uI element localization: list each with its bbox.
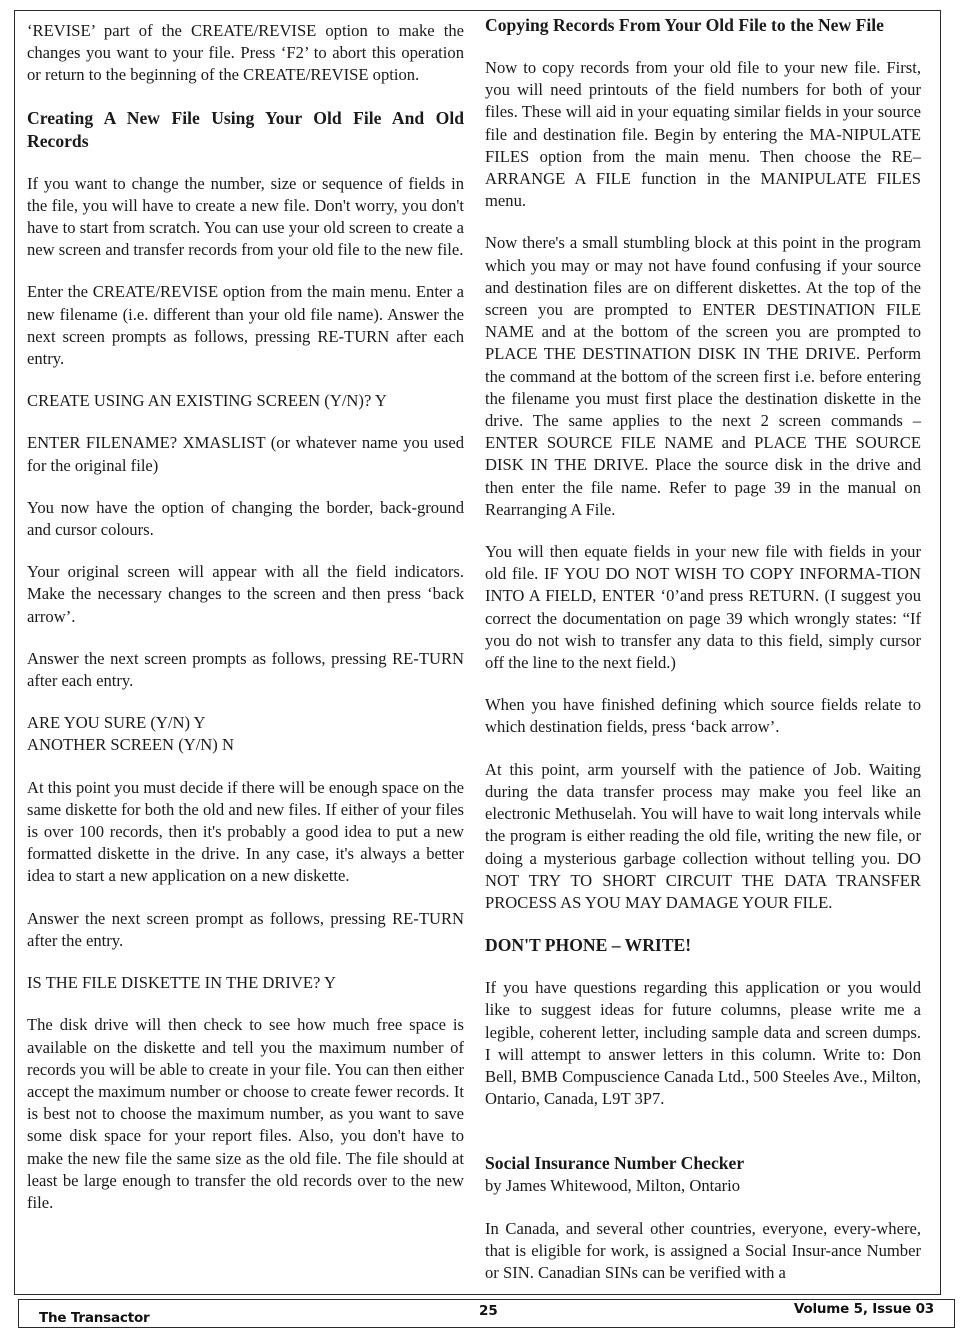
- body-paragraph: Answer the next screen prompt as follows…: [27, 908, 464, 952]
- prompt-list: ARE YOU SURE (Y/N) Y ANOTHER SCREEN (Y/N…: [27, 712, 464, 756]
- body-paragraph: Answer the next screen prompts as follow…: [27, 648, 464, 692]
- body-paragraph: Now to copy records from your old file t…: [485, 57, 921, 212]
- body-paragraph: Now there's a small stumbling block at t…: [485, 232, 921, 521]
- body-paragraph: Your original screen will appear with al…: [27, 561, 464, 628]
- section-heading-sin-checker: Social Insurance Number Checker: [485, 1152, 921, 1175]
- page-number: 25: [479, 1303, 498, 1319]
- section-heading-dont-phone: DON'T PHONE – WRITE!: [485, 934, 921, 957]
- author-byline: by James Whitewood, Milton, Ontario: [485, 1175, 921, 1197]
- screen-prompt: ENTER FILENAME? XMASLIST (or whatever na…: [27, 432, 464, 476]
- body-paragraph: You will then equate fields in your new …: [485, 541, 921, 674]
- sin-article-header: Social Insurance Number Checker by James…: [485, 1152, 921, 1197]
- body-paragraph: At this point you must decide if there w…: [27, 777, 464, 888]
- issue-label: Volume 5, Issue 03: [794, 1301, 934, 1317]
- page-footer: The Transactor 25 Volume 5, Issue 03: [18, 1299, 955, 1328]
- intro-paragraph: ‘REVISE’ part of the CREATE/REVISE optio…: [27, 20, 464, 87]
- right-column: Copying Records From Your Old File to th…: [485, 14, 921, 1304]
- body-paragraph: If you want to change the number, size o…: [27, 173, 464, 262]
- screen-prompt: ARE YOU SURE (Y/N) Y: [27, 712, 464, 734]
- section-heading-copying-records: Copying Records From Your Old File to th…: [485, 14, 921, 37]
- screen-prompt: CREATE USING AN EXISTING SCREEN (Y/N)? Y: [27, 390, 464, 412]
- spacer: [485, 1130, 921, 1152]
- screen-prompt: IS THE FILE DISKETTE IN THE DRIVE? Y: [27, 972, 464, 994]
- body-paragraph: You now have the option of changing the …: [27, 497, 464, 541]
- publication-name: The Transactor: [39, 1310, 150, 1326]
- body-paragraph: At this point, arm yourself with the pat…: [485, 759, 921, 914]
- contact-paragraph: If you have questions regarding this app…: [485, 977, 921, 1110]
- left-column: ‘REVISE’ part of the CREATE/REVISE optio…: [27, 20, 464, 1234]
- body-paragraph: In Canada, and several other countries, …: [485, 1218, 921, 1285]
- screen-prompt: ANOTHER SCREEN (Y/N) N: [27, 734, 464, 756]
- section-heading-new-file: Creating A New File Using Your Old File …: [27, 107, 464, 153]
- body-paragraph: When you have finished defining which so…: [485, 694, 921, 738]
- body-paragraph: Enter the CREATE/REVISE option from the …: [27, 281, 464, 370]
- body-paragraph: The disk drive will then check to see ho…: [27, 1014, 464, 1214]
